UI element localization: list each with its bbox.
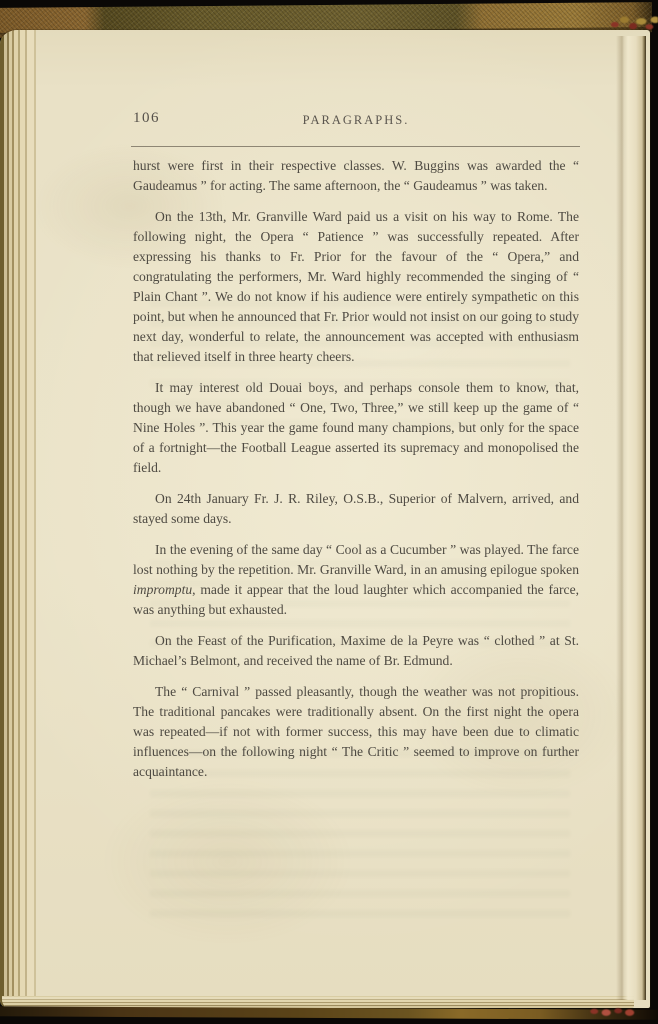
- paragraph: The “ Carnival ” passed pleasantly, thou…: [133, 682, 579, 782]
- running-header: PARAGRAPHS.: [133, 113, 579, 128]
- paragraph-text: In the evening of the same day “ Cool as…: [133, 542, 579, 577]
- header-rule: [131, 146, 580, 147]
- page-stack-left-edge: [0, 30, 42, 1008]
- paragraph: In the evening of the same day “ Cool as…: [133, 540, 579, 620]
- italic-word: impromptu: [133, 582, 192, 597]
- book-cover-bottom-edge: [0, 1006, 658, 1019]
- paragraph: On the Feast of the Purification, Maxime…: [133, 631, 579, 671]
- body-text-column: hurst were first in their respective cla…: [133, 156, 579, 793]
- book-photo-scene: 106 PARAGRAPHS. hurst were first in thei…: [0, 0, 658, 1024]
- paragraph: hurst were first in their respective cla…: [133, 156, 579, 196]
- page-crease-right: [616, 36, 646, 1000]
- paragraph-text: , made it appear that the loud laughter …: [133, 582, 579, 617]
- paragraph: On the 13th, Mr. Granville Ward paid us …: [133, 207, 579, 367]
- tailband-fray: [588, 1006, 640, 1018]
- paragraph: On 24th January Fr. J. R. Riley, O.S.B.,…: [133, 489, 579, 529]
- paragraph: It may interest old Douai boys, and perh…: [133, 378, 579, 478]
